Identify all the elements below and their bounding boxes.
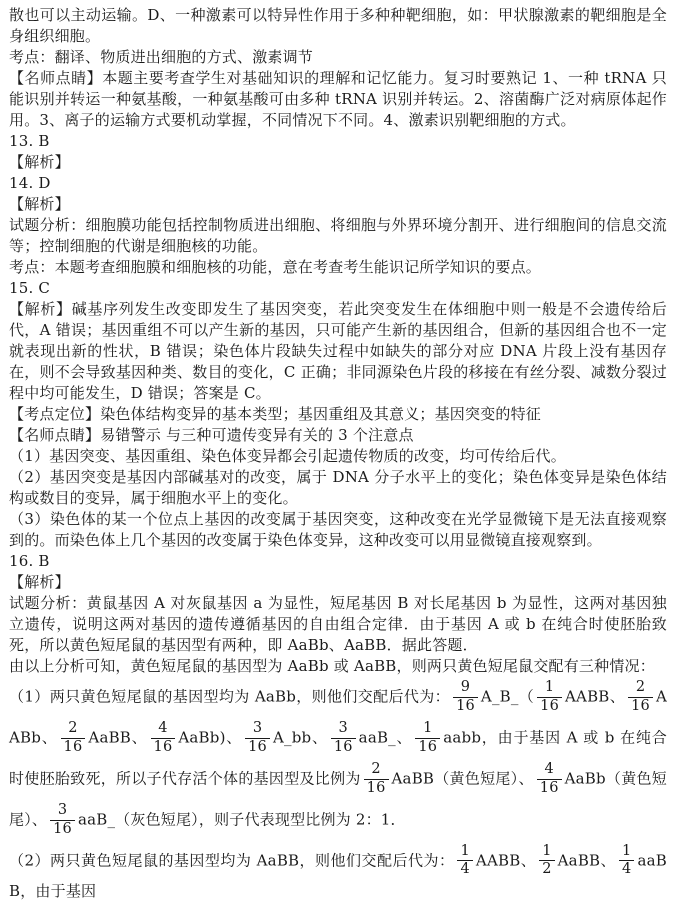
text-run: （2）基因突变是基因内部碱基对的改变，属于 DNA 分子水平上的变化；染色体变异… (9, 468, 667, 507)
paragraph: 【考点定位】染色体结构变异的基本类型；基因重组及其意义；基因突变的特征 (9, 404, 667, 425)
paragraph: （1）基因突变、基因重组、染色体变异都会引起遗传物质的改变，均可传给后代。 (9, 446, 667, 467)
fraction-denominator: 2 (539, 861, 554, 878)
paragraph: （1）两只黄色短尾鼠的基因型均为 AaBb，则他们交配后代为：916A_B_（1… (9, 677, 667, 841)
fraction-denominator: 16 (537, 698, 562, 715)
paragraph: 14. D (9, 173, 667, 194)
text-run: aaB_、 (359, 728, 413, 746)
text-run: A_B_（ (481, 687, 534, 705)
fraction-denominator: 16 (50, 821, 75, 838)
text-run: 由以上分析可知，黄色短尾鼠的基因型为 AaBb 或 AaBB，则两只黄色短尾鼠交… (9, 657, 655, 675)
fraction-denominator: 16 (245, 739, 270, 756)
text-run: AABB、 (476, 851, 536, 869)
text-run: （1）两只黄色短尾鼠的基因型均为 AaBb，则他们交配后代为： (9, 687, 450, 705)
fraction-numerator: 2 (61, 721, 86, 739)
fraction-numerator: 3 (245, 721, 270, 739)
fraction-denominator: 16 (537, 780, 562, 797)
fraction: 14 (619, 844, 634, 879)
paragraph: 试题分析：细胞膜功能包括控制物质进出细胞、将细胞与外界环境分割开、进行细胞间的信… (9, 215, 667, 257)
fraction: 416 (151, 721, 176, 756)
text-run: 【名师点睛】易错警示 与三种可遗传变异有关的 3 个注意点 (9, 426, 414, 444)
fraction-denominator: 16 (331, 739, 356, 756)
fraction: 316 (331, 721, 356, 756)
fraction-numerator: 1 (539, 844, 554, 862)
paragraph: 考点：翻译、物质进出细胞的方式、激素调节 (9, 47, 667, 68)
fraction-denominator: 4 (457, 861, 472, 878)
paragraph: 散也可以主动运输。D、一种激素可以特异性作用于多种种靶细胞，如：甲状腺激素的靶细… (9, 5, 667, 47)
fraction-numerator: 1 (415, 721, 440, 739)
paragraph: 考点：本题考查细胞膜和细胞核的功能，意在考查考生能识记所学知识的要点。 (9, 257, 667, 278)
text-run: A_bb、 (273, 728, 328, 746)
fraction-numerator: 9 (453, 680, 478, 698)
text-run: 【解析】 (9, 573, 70, 591)
fraction: 316 (245, 721, 270, 756)
fraction-denominator: 16 (415, 739, 440, 756)
text-run: （1）基因突变、基因重组、染色体变异都会引起遗传物质的改变，均可传给后代。 (9, 447, 566, 465)
text-run: 14. D (9, 174, 51, 192)
document-page: 散也可以主动运输。D、一种激素可以特异性作用于多种种靶细胞，如：甲状腺激素的靶细… (0, 0, 676, 911)
text-run: 16. B (9, 552, 50, 570)
fraction-numerator: 4 (537, 762, 562, 780)
text-run: 15. C (9, 279, 50, 297)
fraction: 216 (61, 721, 86, 756)
paragraph: 【解析】 (9, 194, 667, 215)
fraction-denominator: 16 (364, 780, 389, 797)
paragraph: （2）基因突变是基因内部碱基对的改变，属于 DNA 分子水平上的变化；染色体变异… (9, 467, 667, 509)
text-run: 【名师点睛】本题主要考查学生对基础知识的理解和记忆能力。复习时要熟记 1、一种 … (9, 69, 667, 129)
text-run: 【解析】碱基序列发生改变即发生了基因突变，若此突变发生在体细胞中则一般是不会遗传… (9, 300, 667, 402)
fraction-denominator: 16 (628, 698, 653, 715)
paragraph: 【名师点睛】易错警示 与三种可遗传变异有关的 3 个注意点 (9, 425, 667, 446)
text-run: 【考点定位】染色体结构变异的基本类型；基因重组及其意义；基因突变的特征 (9, 405, 541, 423)
fraction-numerator: 1 (537, 680, 562, 698)
fraction-numerator: 3 (50, 803, 75, 821)
text-run: 考点：本题考查细胞膜和细胞核的功能，意在考查考生能识记所学知识的要点。 (9, 258, 541, 276)
text-run: AaBB、 (88, 728, 147, 746)
text-run: aaB_（灰色短尾），则子代表现型比例为 2：1． (78, 810, 406, 828)
text-run: 【解析】 (9, 195, 70, 213)
text-run: 考点：翻译、物质进出细胞的方式、激素调节 (9, 48, 313, 66)
fraction-numerator: 1 (619, 844, 634, 862)
paragraph: 【名师点睛】本题主要考查学生对基础知识的理解和记忆能力。复习时要熟记 1、一种 … (9, 68, 667, 131)
fraction-numerator: 2 (628, 680, 653, 698)
fraction: 216 (364, 762, 389, 797)
text-run: AABB、 (565, 687, 625, 705)
fraction: 116 (537, 680, 562, 715)
paragraph: 【解析】 (9, 572, 667, 593)
text-run: 试题分析：细胞膜功能包括控制物质进出细胞、将细胞与外界环境分割开、进行细胞间的信… (9, 216, 667, 255)
fraction: 116 (415, 721, 440, 756)
fraction-numerator: 2 (364, 762, 389, 780)
text-run: AaBB（黄色短尾）、 (392, 769, 534, 787)
paragraph: 试题分析：黄鼠基因 A 对灰鼠基因 a 为显性，短尾基因 B 对长尾基因 b 为… (9, 593, 667, 656)
fraction-denominator: 16 (61, 739, 86, 756)
text-run: AaBb)、 (178, 728, 242, 746)
paragraph: 【解析】 (9, 152, 667, 173)
text-run: 散也可以主动运输。D、一种激素可以特异性作用于多种种靶细胞，如：甲状腺激素的靶细… (9, 6, 667, 45)
paragraph: 13. B (9, 131, 667, 152)
text-run: （2）两只黄色短尾鼠的基因型均为 AaBB，则他们交配后代为： (9, 851, 454, 869)
text-run: 试题分析：黄鼠基因 A 对灰鼠基因 a 为显性，短尾基因 B 对长尾基因 b 为… (9, 594, 667, 654)
paragraph: 15. C (9, 278, 667, 299)
fraction: 12 (539, 844, 554, 879)
fraction-denominator: 16 (453, 698, 478, 715)
document-body: 散也可以主动运输。D、一种激素可以特异性作用于多种种靶细胞，如：甲状腺激素的靶细… (9, 5, 667, 902)
paragraph: 由以上分析可知，黄色短尾鼠的基因型为 AaBb 或 AaBB，则两只黄色短尾鼠交… (9, 656, 667, 677)
fraction: 416 (537, 762, 562, 797)
paragraph: 【解析】碱基序列发生改变即发生了基因突变，若此突变发生在体细胞中则一般是不会遗传… (9, 299, 667, 404)
paragraph: （3）染色体的某一个位点上基因的改变属于基因突变，这种改变在光学显微镜下是无法直… (9, 509, 667, 551)
fraction-numerator: 4 (151, 721, 176, 739)
text-run: （3）染色体的某一个位点上基因的改变属于基因突变，这种改变在光学显微镜下是无法直… (9, 510, 667, 549)
paragraph: 16. B (9, 551, 667, 572)
fraction-numerator: 1 (457, 844, 472, 862)
fraction-numerator: 3 (331, 721, 356, 739)
paragraph: （2）两只黄色短尾鼠的基因型均为 AaBB，则他们交配后代为：14AABB、12… (9, 841, 667, 903)
fraction-denominator: 16 (151, 739, 176, 756)
text-run: AaBB、 (558, 851, 616, 869)
text-run: 【解析】 (9, 153, 70, 171)
text-run: 13. B (9, 132, 50, 150)
fraction-denominator: 4 (619, 861, 634, 878)
fraction: 216 (628, 680, 653, 715)
fraction: 316 (50, 803, 75, 838)
fraction: 14 (457, 844, 472, 879)
fraction: 916 (453, 680, 478, 715)
